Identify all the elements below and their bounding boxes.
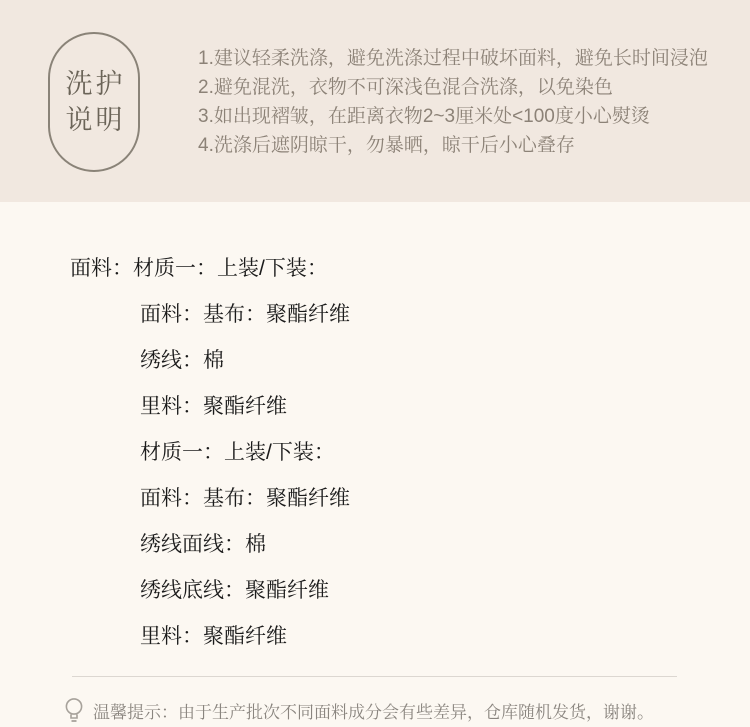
care-badge-line2: 说明 [63, 102, 126, 138]
material-row: 面料：材质一：上装/下装： [70, 258, 750, 279]
tip-text: 温馨提示：由于生产批次不同面料成分会有些差异，仓库随机发货，谢谢。 [93, 698, 654, 723]
material-row: 面料：基布：聚酯纤维 [140, 488, 750, 509]
material-row: 绣线底线：聚酯纤维 [140, 580, 750, 601]
material-row: 面料：基布：聚酯纤维 [140, 304, 750, 325]
material-row: 里料：聚酯纤维 [140, 396, 750, 417]
care-instruction-line: 4.洗涤后遮阴晾干，勿暴晒，晾干后小心叠存 [198, 131, 708, 160]
product-detail-page: 洗护 说明 1.建议轻柔洗涤，避免洗涤过程中破坏面料，避免长时间浸泡2.避免混洗… [0, 0, 750, 727]
tip-row: 温馨提示：由于生产批次不同面料成分会有些差异，仓库随机发货，谢谢。 [64, 697, 750, 724]
care-instruction-line: 1.建议轻柔洗涤，避免洗涤过程中破坏面料，避免长时间浸泡 [198, 44, 708, 73]
material-row: 绣线：棉 [140, 350, 750, 371]
materials-section: 面料：材质一：上装/下装：面料：基布：聚酯纤维绣线：棉里料：聚酯纤维材质一：上装… [0, 202, 750, 647]
care-instructions-panel: 洗护 说明 1.建议轻柔洗涤，避免洗涤过程中破坏面料，避免长时间浸泡2.避免混洗… [0, 0, 750, 202]
care-instruction-line: 2.避免混洗，衣物不可深浅色混合洗涤，以免染色 [198, 73, 708, 102]
care-instruction-list: 1.建议轻柔洗涤，避免洗涤过程中破坏面料，避免长时间浸泡2.避免混洗，衣物不可深… [198, 44, 708, 160]
material-row: 里料：聚酯纤维 [140, 626, 750, 647]
material-row: 材质一：上装/下装： [140, 442, 750, 463]
material-row: 绣线面线：棉 [140, 534, 750, 555]
care-instruction-line: 3.如出现褶皱，在距离衣物2~3厘米处<100度小心熨烫 [198, 102, 708, 131]
care-badge: 洗护 说明 [48, 32, 140, 172]
lightbulb-icon [64, 697, 84, 724]
footer-divider [72, 676, 677, 677]
care-badge-line1: 洗护 [63, 66, 126, 102]
